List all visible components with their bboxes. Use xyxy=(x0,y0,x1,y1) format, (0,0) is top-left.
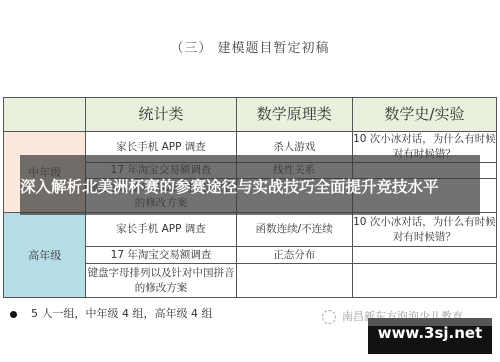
wechat-icon xyxy=(322,310,336,324)
section-title: （三） 建模题目暂定初稿 xyxy=(0,37,500,56)
headline-text: 深入解析北美洲杯赛的参赛途径与实战技巧全面提升竞技水平 xyxy=(20,175,500,197)
table-cell xyxy=(352,247,496,264)
header-math-history: 数学史/实验 xyxy=(352,98,496,132)
table-header-row: 统计类 数学原理类 数学史/实验 xyxy=(4,98,497,132)
table-cell: 函数连续/不连续 xyxy=(236,213,352,247)
table-cell: 17 年淘宝交易额调查 xyxy=(86,247,236,264)
group-note: 5 人一组，中年级 4 组，高年级 4 组 xyxy=(10,305,212,321)
header-statistics: 统计类 xyxy=(86,98,236,132)
table-cell: 10 次小冰对话，为什么有时候对有时候错？ xyxy=(352,213,496,247)
table-cell xyxy=(236,264,352,298)
table-cell: 正态分布 xyxy=(236,247,352,264)
table-row: 高年级 家长手机 APP 调查 函数连续/不连续 10 次小冰对话，为什么有时候… xyxy=(4,213,497,247)
group-note-text: 5 人一组，中年级 4 组，高年级 4 组 xyxy=(31,307,212,320)
table-cell: 键盘字母排列以及针对中国拼音的修改方案 xyxy=(86,264,236,298)
header-blank xyxy=(4,98,86,132)
table-cell xyxy=(352,264,496,298)
header-math-principles: 数学原理类 xyxy=(236,98,352,132)
table-cell: 家长手机 APP 调查 xyxy=(86,213,236,247)
bullet-icon xyxy=(10,311,17,318)
site-link[interactable]: www.3sj.net xyxy=(370,324,490,342)
grade-cell-high: 高年级 xyxy=(4,213,86,298)
